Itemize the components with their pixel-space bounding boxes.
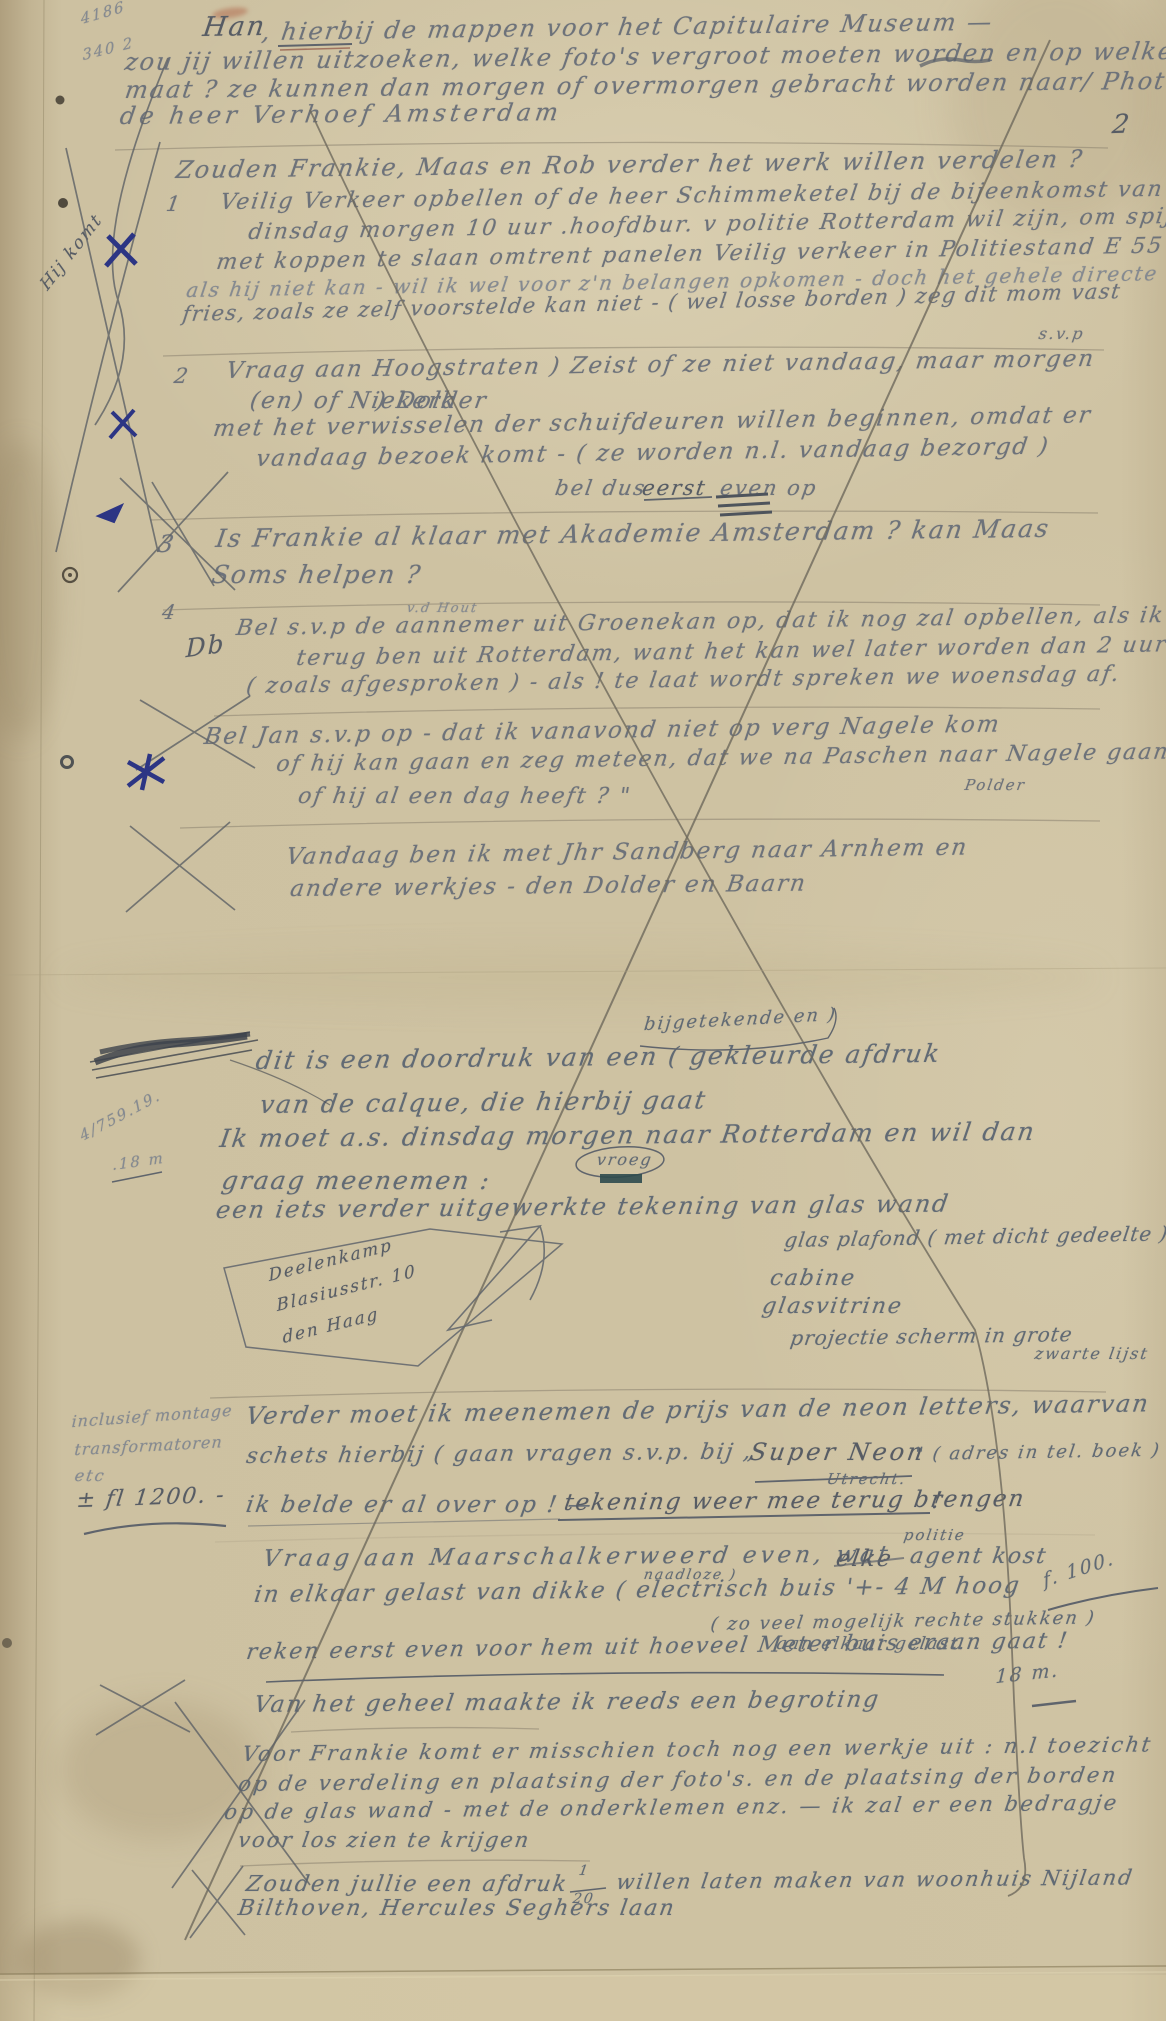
18m-dash	[1032, 1701, 1076, 1706]
item2-line-5a: bel dus	[554, 478, 648, 499]
zouden-line-1a: Zouden jullie een afdruk	[245, 1874, 570, 1896]
item2-line-5b-underlined: eerst	[641, 478, 708, 499]
neon-line-1: Verder moet ik meenemen de prijs van de …	[245, 1391, 1152, 1428]
item6-line-1: Vandaag ben ik met Jhr Sandberg naar Arn…	[285, 836, 970, 869]
section2-line-2: van de calque, die hierbij gaat	[258, 1087, 708, 1117]
neon-super-neon: Super Neon	[748, 1440, 927, 1464]
punch-hole-ring	[62, 757, 73, 768]
bottom-fold-crease-dark	[0, 1966, 1166, 1974]
maarschalk-line-2: in elkaar gelast van dikke ( electrisch …	[253, 1575, 1023, 1607]
blue-arrow-mark	[98, 505, 122, 522]
section2-cabine: cabine	[769, 1268, 858, 1290]
belde-underline	[248, 1519, 560, 1526]
address-box-line-3: den Haag	[282, 1306, 380, 1347]
margin-note-hij-komt: Hij komt	[38, 211, 106, 294]
maarschalk-line-1c: agent kost	[909, 1546, 1049, 1568]
item5-note-polder: Polder	[964, 778, 1027, 793]
fl1200-underline	[84, 1523, 226, 1534]
blue-x-mark-2	[110, 410, 136, 438]
section2-projectiescherm: projectie scherm in grote	[789, 1324, 1074, 1348]
section2-line-3: Ik moet a.s. dinsdag morgen naar Rotterd…	[218, 1119, 1037, 1151]
zouden-line-1b: willen laten maken van woonhuis Nijland	[615, 1867, 1135, 1893]
fold-shadow	[60, 950, 1100, 1005]
blue-ink-marks	[98, 234, 164, 790]
margin-incl-montage: inclusief montage	[71, 1403, 233, 1430]
fraction-numerator: 1	[578, 1864, 591, 1878]
maarschalk-line-5: reken eerst even voor hem uit hoeveel Me…	[245, 1631, 1070, 1665]
item6-line-2: andere werkjes - den Dolder en Baarn	[289, 873, 809, 901]
margin-fl1200: ± fl 1200. -	[75, 1485, 227, 1512]
maarschalk-politie-sup: politie	[903, 1528, 967, 1543]
section2-glas-plafond: glas plafond ( met dicht gedeelte )	[783, 1223, 1166, 1250]
begroting-line: Van het geheel maakte ik reeds een begro…	[253, 1689, 882, 1717]
maarschalk-elke-struck: elke	[834, 1548, 894, 1571]
header-line-4: de heer Verhoef Amsterdam	[118, 100, 563, 128]
item3-line-2: Soms helpen ?	[210, 562, 424, 587]
corner-note-1: 4186	[80, 0, 126, 27]
neon-utrecht: Utrecht.	[826, 1472, 908, 1487]
salutation-name: Han	[201, 13, 268, 41]
section2-vroeg: vroeg	[595, 1152, 654, 1168]
punch-holes	[2, 96, 77, 1649]
margin-note-4759: 4/759.19.	[78, 1088, 163, 1144]
section2-superscript: bijgetekende en )	[643, 1006, 838, 1034]
section2-glasvitrine: glasvitrine	[761, 1296, 905, 1318]
frankie-line-3: op de glas wand - met de onderklemen enz…	[223, 1793, 1120, 1823]
header-line-1: , hierbij de mappen voor het Capitulaire…	[261, 10, 996, 44]
bottom-fold-crease-light	[0, 1972, 1166, 1980]
blue-star-mark	[128, 754, 164, 790]
edge-spot	[2, 1638, 12, 1648]
frankie-line-1: Voor Frankie komt er misschien toch nog …	[241, 1734, 1154, 1765]
middle-fold-crease	[0, 968, 1166, 975]
dark-ink-block	[600, 1174, 642, 1183]
punch-hole-ring	[63, 568, 77, 582]
margin-18m-underline	[112, 1172, 162, 1182]
margin-note-18m: .18 m	[112, 1151, 165, 1173]
section2-line-5: een iets verder uitgewerkte tekening van…	[214, 1192, 951, 1222]
margin-transformatoren: transformatoren	[74, 1434, 223, 1458]
reken-underline	[266, 1673, 944, 1682]
item1-heading: Zouden Frankie, Maas en Rob verder het w…	[174, 147, 1085, 182]
margin-etc: etc	[73, 1468, 106, 1484]
maarschalk-line-1a: Vraag aan Maarschalkerweerd even, wat	[262, 1544, 893, 1571]
item2-line-1: Vraag aan Hoogstraten ) Zeist of ze niet…	[225, 348, 1097, 383]
neon-line-2c: " ( adres in tel. boek )	[913, 1442, 1162, 1464]
item4-scribble: Db	[186, 630, 226, 661]
frankie-line-4: voor los zien te krijgen	[237, 1830, 532, 1851]
page-number: 2	[1111, 111, 1133, 138]
address-box-scribble	[448, 1226, 544, 1330]
item2-line-4: vandaag bezoek komt - ( ze worden n.l. v…	[255, 436, 1051, 472]
neon-line-3b-underlined: tekening weer mee terug brengen	[563, 1488, 1027, 1515]
f100-swoosh	[1048, 1588, 1158, 1610]
neon-line-2a: schets hierbij ( gaan vragen s.v.p. bij …	[245, 1442, 759, 1468]
punch-hole-center	[68, 573, 72, 577]
zouden-line-2: Bilthoven, Hercules Seghers laan	[237, 1898, 678, 1920]
section2-line-1: dit is een doordruk van een ( gekleurde …	[254, 1041, 943, 1073]
paper-stain	[0, 440, 60, 740]
frankie-line-2: op de verdeling en plaatsing der foto's.…	[237, 1765, 1120, 1795]
item1-number: 1	[165, 194, 184, 215]
handwritten-note-page: 4186 340 2 Han , hierbij de mappen voor …	[0, 0, 1166, 2021]
punch-hole	[56, 96, 65, 105]
item3-number: 3	[156, 532, 177, 556]
left-edge-crease	[34, 0, 44, 2021]
section2-line-4: graag meenemen :	[220, 1168, 493, 1193]
paper-stain	[20, 1920, 140, 2000]
neon-line-3a: ik belde er al over op ! —	[244, 1494, 594, 1517]
item2-line-5c: even op	[719, 478, 819, 499]
item3-line-1: Is Frankie al klaar met Akademie Amsterd…	[214, 516, 1052, 551]
item2-line-2b: ) Dolder	[374, 390, 489, 413]
maarschalk-18m: 18 m.	[995, 1661, 1060, 1687]
punch-hole	[58, 198, 68, 208]
item2-number: 2	[173, 366, 192, 387]
maarschalk-f100: f. 100.	[1042, 1549, 1116, 1591]
section2-zwarte-lijst: zwarte lijst	[1033, 1346, 1150, 1362]
item1-note-svp: s.v.p	[1037, 326, 1085, 342]
item4-number: 4	[161, 602, 179, 622]
blue-x-mark-1	[106, 234, 136, 266]
bottom-fold-tone	[0, 1975, 1166, 2021]
item5-line-3: of hij al een dag heeft ? "	[297, 786, 634, 808]
